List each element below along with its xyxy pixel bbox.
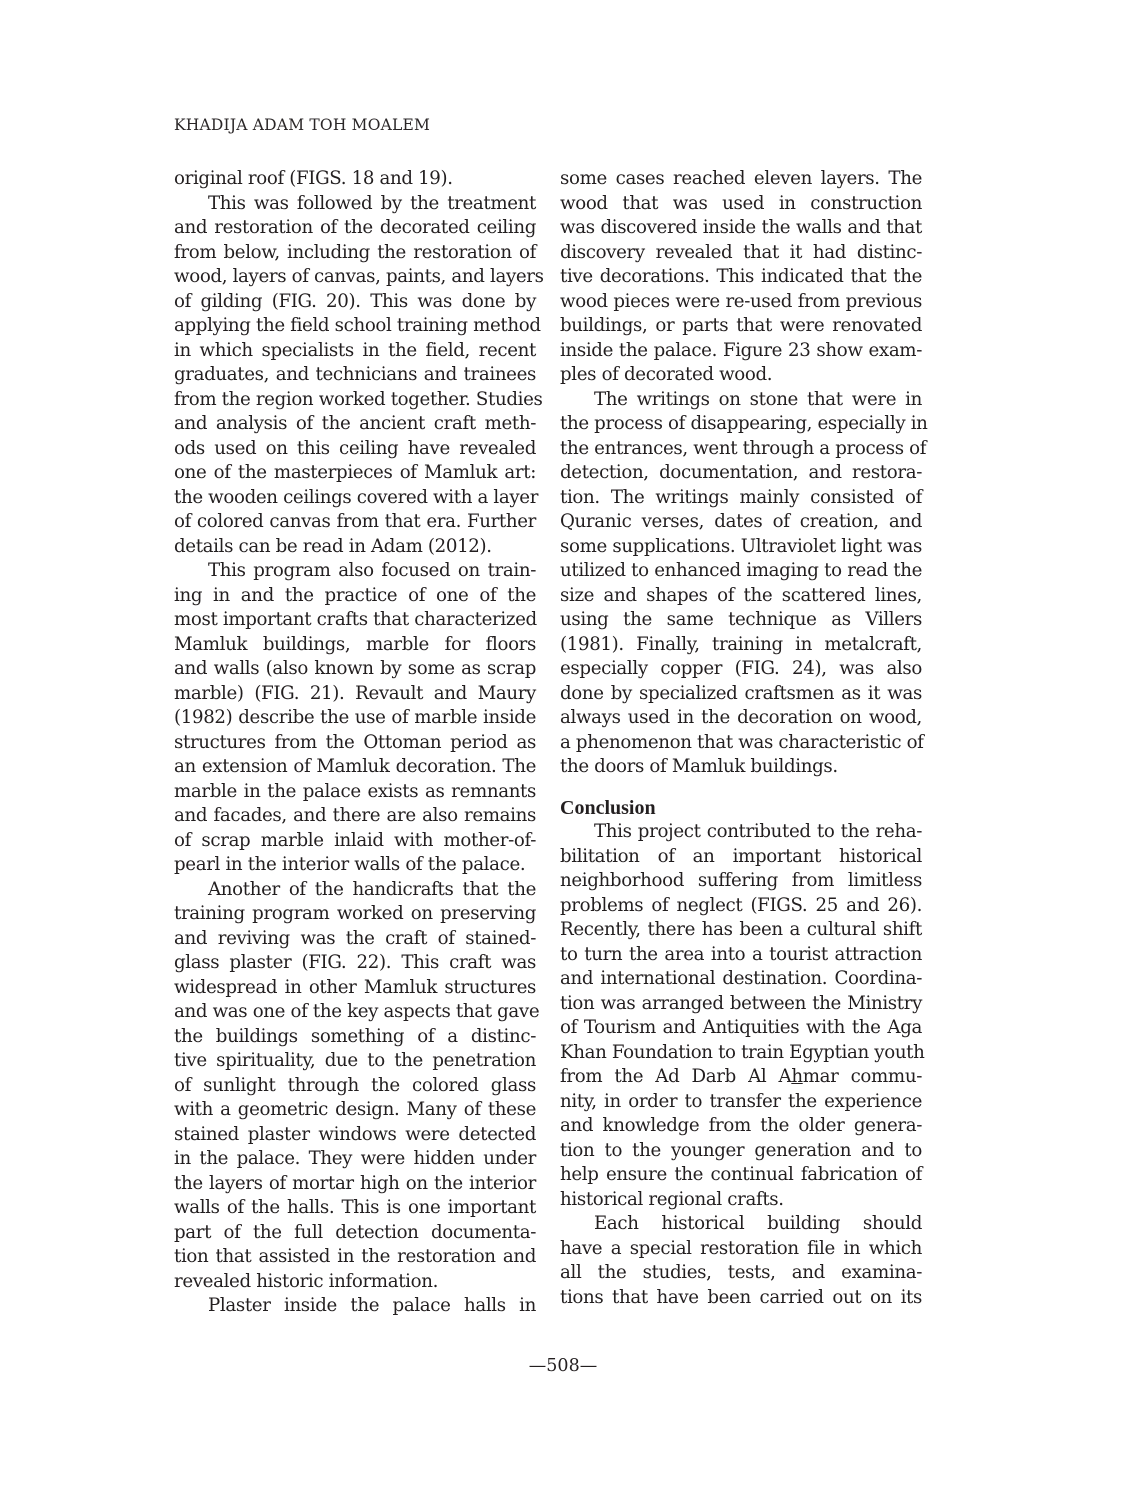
text-line: and international destination. Coordina- <box>560 967 922 992</box>
text-line: from the region worked together. Studies <box>174 388 536 413</box>
text-line: of colored canvas from that era. Further <box>174 510 536 535</box>
text-line: the layers of mortar high on the interio… <box>174 1172 536 1197</box>
text-line: tive spirituality, due to the penetratio… <box>174 1049 536 1074</box>
text-line: have a special restoration file in which <box>560 1237 922 1262</box>
text-line: one of the masterpieces of Mamluk art: <box>174 461 536 486</box>
text-line: ods used on this ceiling have revealed <box>174 437 536 462</box>
text-line: done by specialized craftsmen as it was <box>560 682 922 707</box>
text-line: tion that assisted in the restoration an… <box>174 1245 536 1270</box>
text-line: This was followed by the treatment <box>174 192 536 217</box>
text-line: of sunlight through the colored glass <box>174 1074 536 1099</box>
text-line: wood, layers of canvas, paints, and laye… <box>174 265 536 290</box>
text-line: pearl in the interior walls of the palac… <box>174 853 536 878</box>
text-line: glass plaster (FIG. 22). This craft was <box>174 951 536 976</box>
left-column: original roof (FIGS. 18 and 19).This was… <box>174 167 536 1319</box>
text-line: (1982) describe the use of marble inside <box>174 706 536 731</box>
text-line: The writings on stone that were in <box>560 388 922 413</box>
text-line: Recently, there has been a cultural shif… <box>560 918 922 943</box>
text-line: discovery revealed that it had distinc- <box>560 241 922 266</box>
text-line: structures from the Ottoman period as <box>174 731 536 756</box>
text-line: especially copper (FIG. 24), was also <box>560 657 922 682</box>
text-line: help ensure the continual fabrication of <box>560 1163 922 1188</box>
text-line: the process of disappearing, especially … <box>560 412 922 437</box>
text-line: all the studies, tests, and examina- <box>560 1261 922 1286</box>
text-line: historical regional crafts. <box>560 1188 922 1213</box>
text-line: the entrances, went through a process of <box>560 437 922 462</box>
text-line: was discovered inside the walls and that <box>560 216 922 241</box>
text-line: tion was arranged between the Ministry <box>560 992 922 1017</box>
right-column-body-conclusion: This project contributed to the reha-bil… <box>560 820 922 1310</box>
text-line: marble) (FIG. 21). Revault and Maury <box>174 682 536 707</box>
text-line: most important crafts that characterized <box>174 608 536 633</box>
text-line: utilized to enhanced imaging to read the <box>560 559 922 584</box>
text-line: bilitation of an important historical <box>560 845 922 870</box>
text-line: Mamluk buildings, marble for floors <box>174 633 536 658</box>
text-line: marble in the palace exists as remnants <box>174 780 536 805</box>
text-line: an extension of Mamluk decoration. The <box>174 755 536 780</box>
text-line: and walls (also known by some as scrap <box>174 657 536 682</box>
text-line: and was one of the key aspects that gave <box>174 1000 536 1025</box>
right-column-body-before-heading: some cases reached eleven layers. Thewoo… <box>560 167 922 780</box>
text-line: walls of the halls. This is one importan… <box>174 1196 536 1221</box>
transliteration-underline: h <box>791 1066 802 1087</box>
text-line: buildings, or parts that were renovated <box>560 314 922 339</box>
text-line: training program worked on preserving <box>174 902 536 927</box>
text-line: problems of neglect (FIGS. 25 and 26). <box>560 894 922 919</box>
running-head-author: KHADIJA ADAM TOH MOALEM <box>174 116 430 134</box>
text-line: in which specialists in the field, recen… <box>174 339 536 364</box>
text-line: with a geometric design. Many of these <box>174 1098 536 1123</box>
text-line: This project contributed to the reha- <box>560 820 922 845</box>
text-line: Khan Foundation to train Egyptian youth <box>560 1041 922 1066</box>
text-line: and reviving was the craft of stained- <box>174 927 536 952</box>
text-line: the wooden ceilings covered with a layer <box>174 486 536 511</box>
text-line: tions that have been carried out on its <box>560 1286 922 1311</box>
text-line: neighborhood suffering from limitless <box>560 869 922 894</box>
text-line: stained plaster windows were detected <box>174 1123 536 1148</box>
text-line: wood pieces were re-used from previous <box>560 290 922 315</box>
text-line: nity, in order to transfer the experienc… <box>560 1090 922 1115</box>
text-line: applying the field school training metho… <box>174 314 536 339</box>
text-line: ples of decorated wood. <box>560 363 922 388</box>
text-line: Quranic verses, dates of creation, and <box>560 510 922 535</box>
paper-page: KHADIJA ADAM TOH MOALEM original roof (F… <box>0 0 1126 1500</box>
text-line: part of the full detection documenta- <box>174 1221 536 1246</box>
text-line: using the same technique as Villers <box>560 608 922 633</box>
right-column: some cases reached eleven layers. Thewoo… <box>560 167 922 1310</box>
text-line: inside the palace. Figure 23 show exam- <box>560 339 922 364</box>
text-line: from the Ad Darb Al Ahmar commu- <box>560 1065 922 1090</box>
text-line: the doors of Mamluk buildings. <box>560 755 922 780</box>
text-line: of gilding (FIG. 20). This was done by <box>174 290 536 315</box>
text-line: to turn the area into a tourist attracti… <box>560 943 922 968</box>
section-spacer <box>560 780 922 796</box>
text-line: tive decorations. This indicated that th… <box>560 265 922 290</box>
text-line: original roof (FIGS. 18 and 19). <box>174 167 536 192</box>
text-line: and facades, and there are also remains <box>174 804 536 829</box>
text-line: widespread in other Mamluk structures <box>174 976 536 1001</box>
text-line: always used in the decoration on wood, <box>560 706 922 731</box>
text-line: Another of the handicrafts that the <box>174 878 536 903</box>
text-line: of scrap marble inlaid with mother-of- <box>174 829 536 854</box>
text-line: wood that was used in construction <box>560 192 922 217</box>
text-line: of Tourism and Antiquities with the Aga <box>560 1016 922 1041</box>
text-line: size and shapes of the scattered lines, <box>560 584 922 609</box>
text-line: Plaster inside the palace halls in <box>174 1294 536 1319</box>
text-line: some cases reached eleven layers. The <box>560 167 922 192</box>
text-line: tion. The writings mainly consisted of <box>560 486 922 511</box>
text-line: and knowledge from the older genera- <box>560 1114 922 1139</box>
text-line: ing in and the practice of one of the <box>174 584 536 609</box>
text-line: revealed historic information. <box>174 1270 536 1295</box>
text-line: details can be read in Adam (2012). <box>174 535 536 560</box>
text-line: detection, documentation, and restora- <box>560 461 922 486</box>
text-line: from below, including the restoration of <box>174 241 536 266</box>
text-line: tion to the younger generation and to <box>560 1139 922 1164</box>
text-line: a phenomenon that was characteristic of <box>560 731 922 756</box>
text-line: the buildings something of a distinc- <box>174 1025 536 1050</box>
text-line: some supplications. Ultraviolet light wa… <box>560 535 922 560</box>
text-line: graduates, and technicians and trainees <box>174 363 536 388</box>
text-line: Each historical building should <box>560 1212 922 1237</box>
page-number: —508— <box>0 1356 1126 1376</box>
text-line: and restoration of the decorated ceiling <box>174 216 536 241</box>
text-line: and analysis of the ancient craft meth- <box>174 412 536 437</box>
text-line: This program also focused on train- <box>174 559 536 584</box>
text-line: in the palace. They were hidden under <box>174 1147 536 1172</box>
text-line: (1981). Finally, training in metalcraft, <box>560 633 922 658</box>
section-heading-conclusion: Conclusion <box>560 796 922 821</box>
